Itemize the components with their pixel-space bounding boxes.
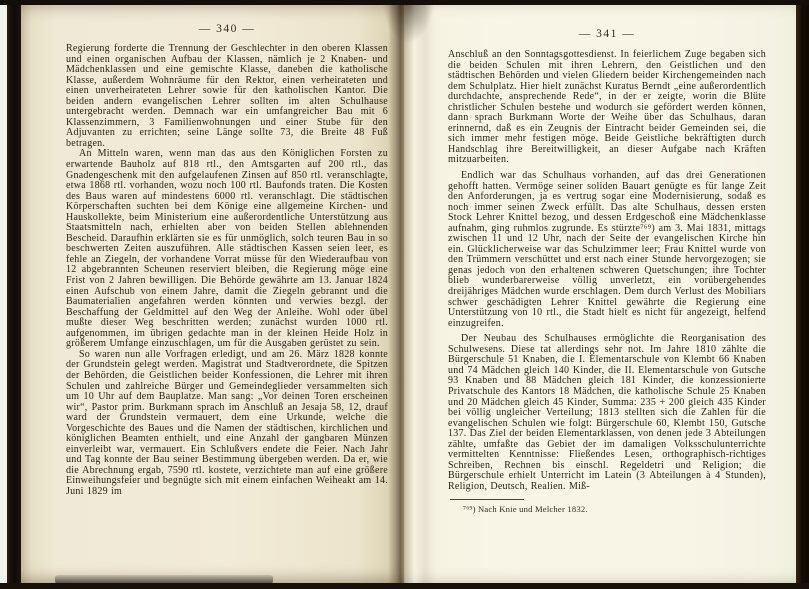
book-scan: — 340 — Regierung forderte die Trennung … xyxy=(0,0,809,589)
scan-edge-top xyxy=(0,0,809,5)
footnote-separator xyxy=(450,499,524,500)
paragraph: Anschluß an den Sonntagsgottesdienst. In… xyxy=(448,50,766,166)
footnote: ⁷⁶⁹) Nach Knie und Melcher 1832. xyxy=(448,504,766,514)
paragraph: So waren nun alle Vorfragen erledigt, un… xyxy=(66,350,388,498)
paragraph: Der Neubau des Schulhauses ermöglichte d… xyxy=(448,334,766,492)
scan-edge-left-dark xyxy=(7,0,21,589)
page-left-content: — 340 — Regierung forderte die Trennung … xyxy=(66,23,388,498)
page-right-content: — 341 — Anschluß an den Sonntagsgottesdi… xyxy=(448,28,766,514)
paragraph: An Mitteln waren, wenn man das aus den K… xyxy=(66,149,388,349)
page-number-left: — 340 — xyxy=(66,23,388,35)
paragraph: Regierung forderte die Trennung der Gesc… xyxy=(66,44,388,149)
scan-edge-left-white xyxy=(0,0,7,589)
book-gutter-shadow xyxy=(388,0,436,589)
gutter-top-shadow xyxy=(382,0,434,44)
page-right: — 341 — Anschluß an den Sonntagsgottesdi… xyxy=(404,4,796,583)
page-left: — 340 — Regierung forderte die Trennung … xyxy=(20,5,404,583)
scan-edge-right-dark xyxy=(796,0,809,589)
page-number-right: — 341 — xyxy=(448,28,766,40)
scan-edge-bottom xyxy=(0,583,809,589)
paragraph: Endlich war das Schulhaus vorhanden, auf… xyxy=(448,171,766,329)
